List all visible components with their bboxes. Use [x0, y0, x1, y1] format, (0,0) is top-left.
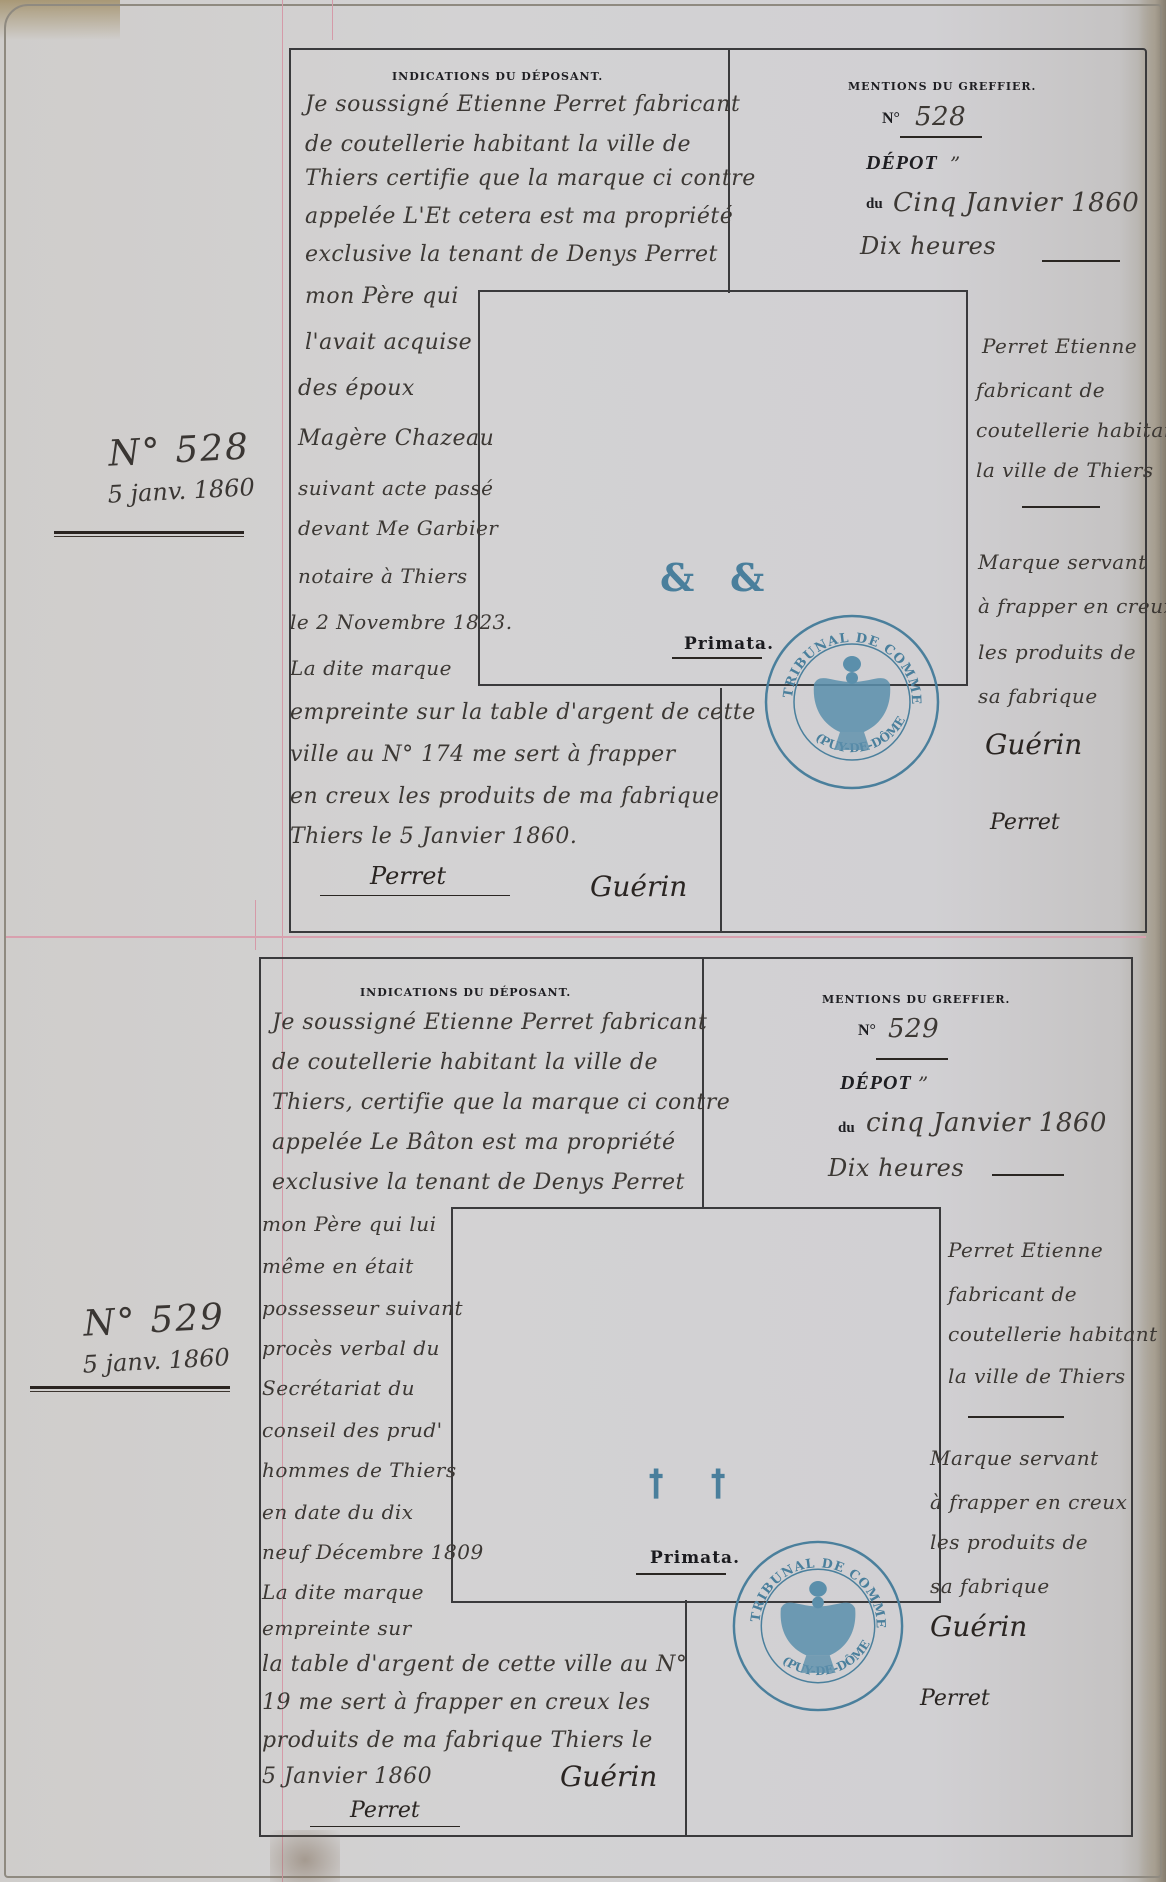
margin-note: N° 528 5 janv. 1860 — [78, 425, 282, 510]
margin-ruling-tick — [255, 900, 256, 950]
depot-ditto-mark: ” — [950, 152, 961, 176]
depositor-line: ville au N° 174 me sert à frapper — [290, 742, 676, 767]
depositor-line: exclusive la tenant de Denys Perret — [272, 1170, 685, 1195]
depositor-line: Je soussigné Etienne Perret fabricant — [305, 92, 740, 117]
depositor-line: produits de ma fabrique Thiers le — [262, 1728, 653, 1753]
margin-entry-number: N° 528 — [78, 425, 280, 476]
depot-label: DÉPOT — [866, 152, 938, 175]
depositor-line: notaire à Thiers — [298, 564, 468, 588]
deposit-date: Cinq Janvier 1860 — [893, 188, 1139, 218]
depositor-line: mon Père qui — [305, 284, 459, 309]
mark-note-line: Marque servant — [930, 1446, 1099, 1470]
trademark-glyph: & — [660, 555, 694, 600]
margin-double-rule — [30, 1386, 230, 1392]
margin-entry-date: 5 janv. 1860 — [56, 1342, 257, 1380]
depositor-line: le 2 Novembre 1823. — [290, 610, 513, 634]
mark-note-line: les produits de — [930, 1530, 1088, 1554]
depositor-line: neuf Décembre 1809 — [262, 1540, 484, 1564]
clerk-signature: Guérin — [590, 870, 687, 903]
mark-label: Primata. — [650, 1548, 740, 1568]
clerk-note-line: coutellerie habitant — [948, 1322, 1158, 1346]
depositor-line: La dite marque — [262, 1580, 424, 1604]
clerk-header: MENTIONS DU GREFFIER. — [848, 80, 1036, 93]
depot-label: DÉPOT — [840, 1072, 912, 1095]
depositor-line: en creux les produits de ma fabrique — [290, 784, 719, 809]
depositor-line: de coutellerie habitant la ville de — [305, 132, 691, 157]
trademark-glyph: & — [730, 555, 764, 600]
depositor-line: empreinte sur — [262, 1616, 412, 1640]
depositor-line: devant Me Garbier — [298, 516, 498, 540]
depositor-line: en date du dix — [262, 1500, 414, 1524]
margin-ruling-tick — [332, 0, 333, 40]
clerk-note-line: fabricant de — [948, 1282, 1077, 1306]
imperial-eagle-icon: TRIBUNAL DE COMMERCE DE THIERS (PUY-DE-D… — [730, 1538, 906, 1714]
depositor-line: appelée Le Bâton est ma propriété — [272, 1130, 676, 1155]
depositor-margin-signature: Perret — [920, 1686, 990, 1711]
du-label: du — [866, 196, 883, 213]
depositor-line: Thiers le 5 Janvier 1860. — [290, 824, 577, 849]
margin-note: N° 529 5 janv. 1860 — [53, 1295, 257, 1380]
tribunal-seal: TRIBUNAL DE COMMERCE DE THIERS (PUY-DE-D… — [762, 612, 942, 792]
trademark-glyph: ꝉ — [710, 1462, 726, 1507]
clerk-signature: Guérin — [560, 1760, 657, 1793]
mark-note-line: les produits de — [978, 640, 1136, 664]
clerk-note-line: coutellerie habitant — [976, 418, 1166, 442]
depositor-line: de coutellerie habitant la ville de — [272, 1050, 658, 1075]
depositor-line: des époux — [298, 376, 415, 401]
mark-label: Primata. — [684, 634, 774, 654]
depositor-line: Magère Chazeau — [298, 426, 494, 451]
depositor-line: mon Père qui lui — [262, 1212, 437, 1236]
clerk-header: MENTIONS DU GREFFIER. — [822, 993, 1010, 1006]
du-label: du — [838, 1120, 855, 1137]
deposit-date: cinq Janvier 1860 — [866, 1108, 1107, 1138]
margin-entry-date: 5 janv. 1860 — [81, 472, 282, 510]
depositor-signature: Perret — [370, 862, 446, 890]
trademark-glyph: ꝉ — [648, 1462, 664, 1507]
signature-flourish — [310, 1826, 460, 1827]
depositor-line: suivant acte passé — [298, 476, 493, 500]
notes-rule — [1022, 506, 1100, 508]
number-underline — [876, 1058, 948, 1060]
mark-note-line: à frapper en creux — [930, 1490, 1127, 1514]
depositor-signature: Perret — [350, 1798, 420, 1823]
depositor-line: possesseur suivant — [262, 1296, 463, 1320]
deposit-time: Dix heures — [860, 232, 996, 260]
depositor-line: 19 me sert à frapper en creux les — [262, 1690, 651, 1715]
page-corner-shadow — [0, 0, 120, 40]
depositor-line: 5 Janvier 1860 — [262, 1764, 432, 1789]
depositor-line: La dite marque — [290, 656, 452, 680]
entry-separator-line — [6, 936, 1146, 938]
mark-label-underline — [672, 657, 762, 659]
depositor-header: INDICATIONS DU DÉPOSANT. — [392, 70, 603, 83]
depositor-line: conseil des prud' — [262, 1418, 443, 1442]
clerk-note-line: la ville de Thiers — [948, 1364, 1126, 1388]
depositor-line: l'avait acquise — [305, 330, 472, 355]
depositor-line: même en était — [262, 1254, 414, 1278]
number-underline — [900, 136, 982, 138]
depositor-line: la table d'argent de cette ville au N° — [262, 1652, 687, 1677]
notes-rule — [968, 1416, 1064, 1418]
depositor-line: Je soussigné Etienne Perret fabricant — [272, 1010, 707, 1035]
signature-flourish — [320, 895, 510, 896]
depositor-line: appelée L'Et cetera est ma propriété — [305, 204, 733, 229]
imperial-eagle-icon: TRIBUNAL DE COMMERCE DE THIERS (PUY-DE-D… — [762, 612, 942, 792]
ink-stain — [270, 1830, 340, 1882]
margin-entry-number: N° 529 — [53, 1295, 255, 1346]
clerk-note-line: Perret Etienne — [948, 1238, 1103, 1262]
depositor-header: INDICATIONS DU DÉPOSANT. — [360, 986, 571, 999]
margin-double-rule — [54, 531, 244, 537]
column-divider — [685, 1600, 687, 1837]
mark-note-line: Marque servant — [978, 550, 1147, 574]
mark-label-underline — [636, 1573, 726, 1575]
depositor-line: Thiers certifie que la marque ci contre — [305, 166, 756, 191]
depositor-line: procès verbal du — [262, 1336, 440, 1360]
depositor-line: hommes de Thiers — [262, 1458, 457, 1482]
clerk-note-line: Perret Etienne — [982, 334, 1137, 358]
clerk-margin-signature: Guérin — [930, 1610, 1027, 1643]
time-rule — [992, 1174, 1064, 1176]
depositor-line: Secrétariat du — [262, 1376, 415, 1400]
clerk-note-line: la ville de Thiers — [976, 458, 1154, 482]
mark-note-line: sa fabrique — [930, 1574, 1050, 1598]
deposit-time: Dix heures — [828, 1154, 964, 1182]
register-page: N° 528 5 janv. 1860 INDICATIONS DU DÉPOS… — [0, 0, 1166, 1882]
depot-ditto-mark: ” — [918, 1072, 929, 1096]
time-rule — [1042, 260, 1120, 262]
number-label: N° — [858, 1022, 876, 1040]
clerk-margin-signature: Guérin — [985, 728, 1082, 761]
tribunal-seal: TRIBUNAL DE COMMERCE DE THIERS (PUY-DE-D… — [730, 1538, 906, 1714]
clerk-note-line: fabricant de — [976, 378, 1105, 402]
depositor-margin-signature: Perret — [990, 810, 1060, 835]
deposit-number: 528 — [915, 102, 966, 132]
column-divider — [702, 957, 704, 1207]
number-label: N° — [882, 110, 900, 128]
mark-note-line: à frapper en creux — [978, 594, 1166, 618]
depositor-line: Thiers, certifie que la marque ci contre — [272, 1090, 730, 1115]
deposit-number: 529 — [888, 1014, 939, 1044]
depositor-line: empreinte sur la table d'argent de cette — [290, 700, 756, 725]
depositor-line: exclusive la tenant de Denys Perret — [305, 242, 718, 267]
mark-note-line: sa fabrique — [978, 684, 1098, 708]
